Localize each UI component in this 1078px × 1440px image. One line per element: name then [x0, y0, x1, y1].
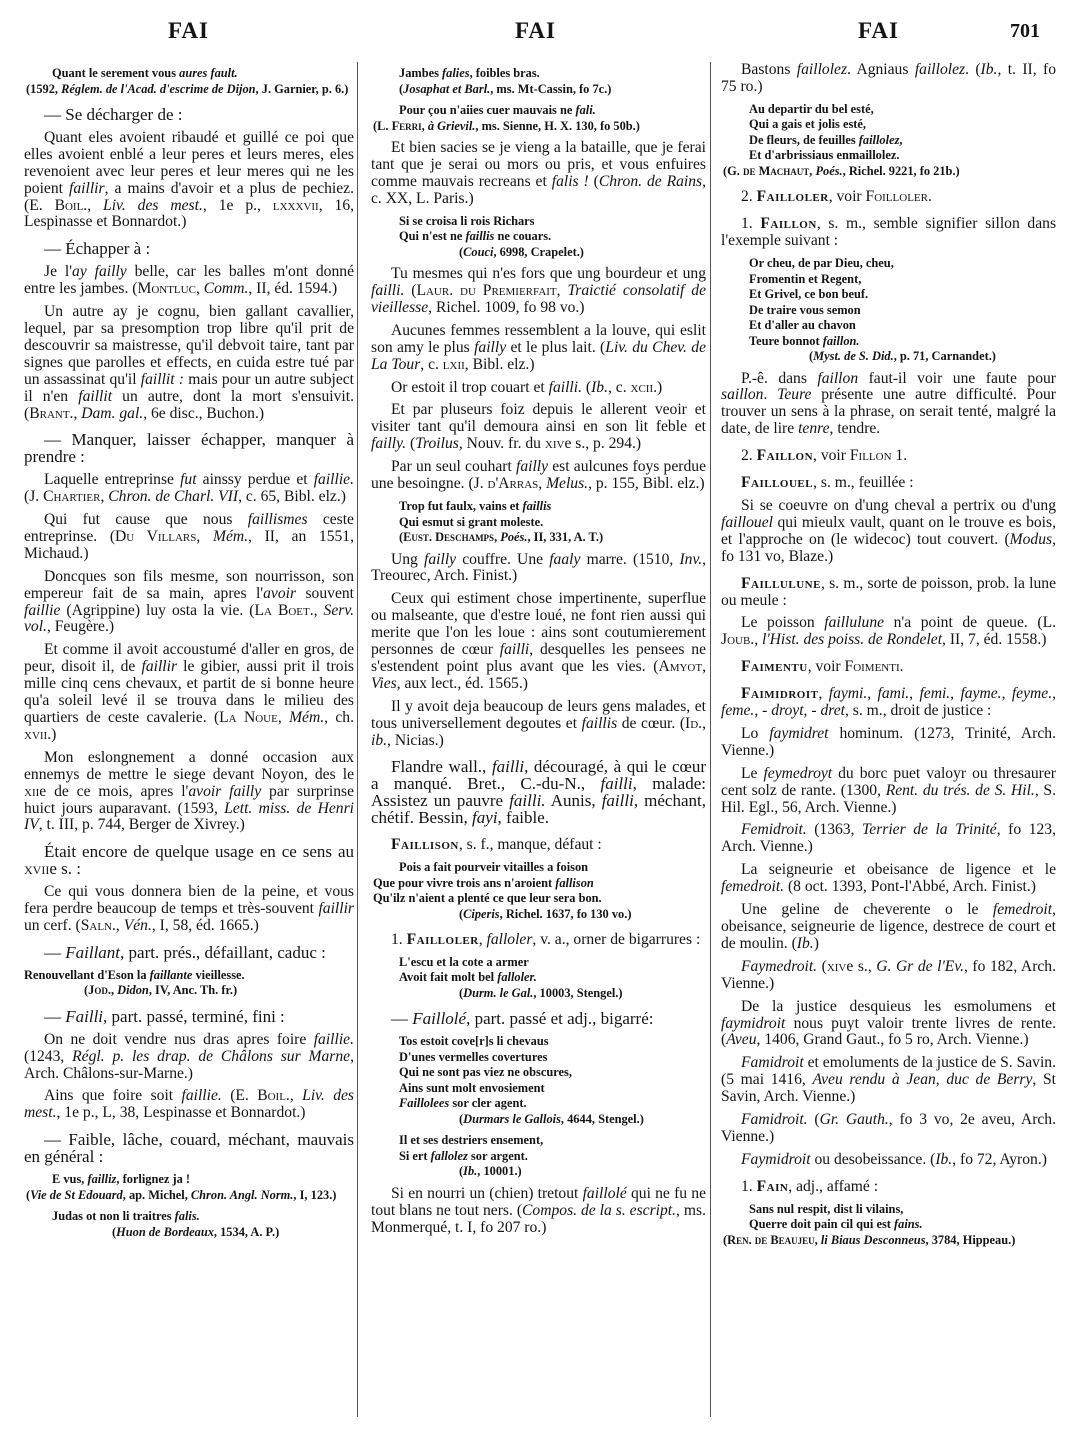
text-run: Il et ses destriers ensement, — [399, 1133, 543, 1147]
italic-text: Dam. gal. — [81, 405, 143, 422]
text-run: , — [557, 282, 568, 299]
quotation-line: De traire vous semon — [749, 303, 1056, 319]
text-run: Brant. — [29, 405, 73, 422]
italic-text: faillit : — [141, 371, 184, 388]
headword: Faillon — [760, 215, 816, 232]
citation-source: (Couci, 6998, Crapelet.) — [399, 245, 706, 261]
text-run: e de ce mois, apres l' — [39, 783, 188, 800]
sense-definition: — Manquer, laisser échapper, manquer à p… — [24, 432, 354, 466]
example-paragraph: P.-ê. dans faillon faut-il voir une faut… — [721, 371, 1056, 439]
dictionary-entry: 1. Failloler, falloler, v. a., orner de … — [371, 932, 706, 949]
dictionary-column-1: Quant le serement vous aures fault.(1592… — [24, 62, 354, 1246]
text-run: Ains sunt molt envosiement — [399, 1081, 545, 1095]
text-run: ou desobeissance. ( — [811, 1151, 936, 1168]
text-run: (1363, — [807, 821, 862, 838]
text-run: , 1534, A. P.) — [214, 1225, 279, 1239]
example-paragraph: Par un seul couhart failly est aulcunes … — [371, 459, 706, 493]
italic-text: Femidroit. — [741, 821, 807, 838]
example-paragraph: Faymidroit ou desobeissance. (Ib., fo 72… — [721, 1152, 1056, 1169]
italic-text: avoir failly — [188, 783, 261, 800]
example-paragraph: Et par pluseurs foiz depuis le allerent … — [371, 402, 706, 453]
quotation-line: Si se croisa li rois Richars — [399, 214, 706, 230]
italic-text: Josaphat et Barl. — [403, 82, 490, 96]
italic-text: faillie. — [314, 471, 354, 488]
italic-text: failly — [474, 339, 506, 356]
quotation-line: Judas ot non li traitres falis. — [52, 1209, 354, 1225]
example-paragraph: Famidroit et emoluments de la justice de… — [721, 1055, 1056, 1106]
text-run: , p. 71, Carnandet.) — [894, 349, 996, 363]
running-head-left: FAI — [168, 18, 209, 44]
quotation-line: D'unes vermelles covertures — [399, 1050, 706, 1066]
italic-text: Terrier de la Trinité — [862, 821, 997, 838]
text-run: — Se décharger de : — [44, 105, 182, 124]
italic-text: Chron. de Charl. VII — [108, 488, 238, 505]
text-run: , — [278, 709, 289, 726]
text-run: lxii — [443, 356, 465, 373]
text-run: marre. (1510, — [580, 551, 679, 568]
text-run: , — [314, 602, 324, 619]
text-run: , Bibl. elz.) — [465, 356, 535, 373]
text-run: La Noue — [219, 709, 278, 726]
example-paragraph: Qui fut cause que nous faillismes ceste … — [24, 512, 354, 563]
italic-text: Faymedroit. — [741, 958, 817, 975]
example-paragraph: Mon eslongnement a donné occasion aux en… — [24, 750, 354, 835]
text-run: , — [538, 475, 546, 492]
running-head-center: FAI — [515, 18, 556, 44]
quotation-line: Et d'aller au chavon — [749, 318, 1056, 334]
text-run: , II, 331, A. T.) — [527, 530, 603, 544]
citation-source: Qu'ilz n'aient a plenté ce que leur sera… — [373, 891, 706, 907]
text-run: (1243, — [24, 1048, 72, 1065]
text-run: La seigneurie et obeisance de ligence et… — [741, 861, 1056, 878]
example-paragraph: De la justice desquieus les esmolumens e… — [721, 999, 1056, 1050]
text-run: souvent — [296, 585, 354, 602]
italic-text: falloler. — [497, 970, 537, 984]
italic-text: falis. — [175, 1209, 200, 1223]
text-run: La Boet. — [254, 602, 313, 619]
headword: Faillon — [757, 447, 813, 464]
example-paragraph: Lo faymidret hominum. (1273, Trinité, Ar… — [721, 726, 1056, 760]
quotation-line: Teure bonnot faillon. — [749, 334, 1056, 350]
text-run: Boil. — [257, 1087, 290, 1104]
italic-text: Aveu rendu à Jean, duc de Berry — [812, 1071, 1032, 1088]
quotation-line: Querre doit pain cil qui est fains. — [749, 1217, 1056, 1233]
page-number: 701 — [1010, 20, 1040, 43]
quotation-line: Pois a fait pourveir vitailles a foison — [399, 860, 706, 876]
text-run: , s. m., droit de justice : — [845, 702, 991, 719]
text-run: Je l' — [44, 263, 72, 280]
quotation-line: Sans nul respit, dist li vilains, — [749, 1202, 1056, 1218]
text-run: e p., — [227, 197, 273, 214]
text-run: Chartier — [43, 488, 100, 505]
text-run: , v. a., orner de bigarrures : — [532, 931, 700, 948]
italic-text: Mém. — [289, 709, 324, 726]
example-paragraph: Un autre ay je cognu, bien gallant caval… — [24, 304, 354, 422]
text-run: 1. — [741, 1178, 757, 1195]
text-run: xcii. — [631, 379, 658, 396]
text-run: Or estoit il trop couart et — [391, 379, 549, 396]
italic-text: faillir — [69, 180, 105, 197]
text-run: de cœur. ( — [617, 715, 685, 732]
text-run: Si se coeuvre on d'ung cheval a pertrix … — [741, 497, 1056, 514]
quotation: L'escu et la cote a armerAvoit fait molt… — [399, 955, 706, 1002]
text-run: Ferri — [392, 119, 422, 133]
text-run: , — [754, 631, 762, 648]
italic-text: faillis — [522, 499, 551, 513]
italic-text: Liv. des mest. — [103, 197, 203, 214]
text-run: ( — [582, 379, 591, 396]
italic-text: Huon de Bordeaux — [116, 1225, 214, 1239]
citation-source: (Durm. le Gal., 10003, Stengel.) — [399, 986, 706, 1002]
text-run: Et par pluseurs foiz depuis le allerent … — [371, 401, 706, 435]
italic-text: Poés. — [815, 164, 842, 178]
text-run: , Nouv. fr. du — [459, 435, 545, 452]
quotation-line: Trop fut faulx, vains et faillis — [399, 499, 706, 515]
quotation-line: Or cheu, de par Dieu, cheu, — [749, 256, 1056, 272]
text-run: Fromentin et Regent, — [749, 272, 861, 286]
example-paragraph: Si se coeuvre on d'ung cheval a pertrix … — [721, 498, 1056, 566]
text-run: ainssy perdue et — [197, 471, 314, 488]
text-run: Foilloler. — [866, 188, 932, 205]
italic-text: femedroit — [993, 901, 1052, 918]
italic-text: G. Gr de l'Ev. — [876, 958, 964, 975]
italic-text: faillis — [582, 715, 618, 732]
text-run: e s., — [846, 958, 876, 975]
text-run: , — [479, 931, 487, 948]
text-run: Sans nul respit, dist li vilains, — [749, 1202, 903, 1216]
citation-source: (Ren. de Beaujeu, li Biaus Desconneus, 3… — [723, 1233, 1056, 1249]
text-run: e s. : — [49, 859, 81, 878]
example-paragraph: Quant eles avoient ribaudé et guillé ce … — [24, 130, 354, 231]
text-run: Eust. Deschamps — [403, 530, 494, 544]
text-run: , Richel. 1009, fo 98 vo.) — [428, 299, 584, 316]
quotation: Au departir du bel esté,Qui a gais et jo… — [749, 102, 1056, 180]
sense-definition: Flandre wall., failli, découragé, à qui … — [371, 759, 706, 827]
italic-text: Chron. de Rains — [599, 173, 702, 190]
example-paragraph: La seigneurie et obeisance de ligence et… — [721, 862, 1056, 896]
example-paragraph: Or estoit il trop couart et failli. (Ib.… — [371, 380, 706, 397]
headword: Faimidroit — [741, 685, 818, 702]
citation-source: (1592, Réglem. de l'Acad. d'escrime de D… — [26, 82, 354, 98]
text-run: ) — [657, 379, 662, 396]
text-run: , II, éd. 1594.) — [248, 280, 337, 297]
italic-text: fut — [180, 471, 196, 488]
text-run: (L. — [373, 119, 392, 133]
text-run: , tendre. — [830, 420, 881, 437]
italic-text: faillismes — [248, 511, 308, 528]
example-paragraph: Aucunes femmes ressemblent a la louve, q… — [371, 323, 706, 374]
italic-text: l'Hist. des poiss. de Rondelet — [762, 631, 942, 648]
text-run: Quant le serement vous — [52, 66, 179, 80]
italic-text: Aveu — [726, 1031, 756, 1048]
text-run: couffre. Une — [456, 551, 549, 568]
text-run: Et Grivel, ce bon beuf. — [749, 287, 868, 301]
example-paragraph: Si en nourri un (chien) tretout faillolé… — [371, 1186, 706, 1237]
quotation-line: Si ert fallolez sor argent. — [399, 1149, 706, 1165]
text-run: — Faible, lâche, couard, méchant, mauvai… — [24, 1130, 354, 1166]
citation-source: (L. Ferri, à Grievil., ms. Sienne, H. X.… — [373, 119, 706, 135]
text-run: De fleurs, de feuilles — [749, 133, 859, 147]
text-run: (Agrippine) luy osta la vie. ( — [60, 602, 254, 619]
italic-text: fali. — [575, 103, 595, 117]
quotation-line: L'escu et la cote a armer — [399, 955, 706, 971]
italic-text: ib. — [371, 732, 387, 749]
italic-text: faillante — [150, 968, 193, 982]
text-run: ( — [808, 1111, 820, 1128]
dictionary-column-2: Jambes falies, foibles bras.(Josaphat et… — [371, 62, 706, 1243]
text-run: , 6e disc., Buchon.) — [143, 405, 264, 422]
text-run: et le plus lait. ( — [506, 339, 605, 356]
text-run: , s. m., feuillée : — [813, 474, 913, 491]
text-run: , Richel. 9221, fo 21b.) — [843, 164, 960, 178]
text-run: ( — [589, 173, 599, 190]
text-run: , s. f., manque, défaut : — [459, 836, 602, 853]
italic-text: Famidroit — [741, 1054, 804, 1071]
italic-text: Melus. — [546, 475, 588, 492]
quotation: Sans nul respit, dist li vilains,Querre … — [749, 1202, 1056, 1249]
quotation: Pour çou n'aiies cuer mauvais ne fali.(L… — [399, 103, 706, 134]
quotation-line: (Josaphat et Barl., ms. Mt-Cassin, fo 7c… — [399, 82, 706, 98]
text-run: , forlignez ja ! — [116, 1172, 190, 1186]
italic-text: falies — [442, 66, 470, 80]
text-run: Joub. — [721, 631, 754, 648]
headword: Failloler — [757, 188, 829, 205]
italic-text: Gr. Gauth. — [820, 1111, 889, 1128]
text-run: 1. — [741, 215, 760, 232]
italic-text: Vie de St Edouard — [30, 1188, 123, 1202]
italic-text: faillolez — [915, 61, 965, 78]
text-run: Si ert — [399, 1149, 431, 1163]
text-run: xii — [24, 783, 39, 800]
text-run: Fillon — [850, 447, 892, 464]
italic-text: Régl. p. les drap. de Châlons sur Marne — [72, 1048, 350, 1065]
text-run: vieillesse. — [192, 968, 244, 982]
quotation-line: Qui a gais et jolis esté, — [749, 117, 1056, 133]
quotation-line: Et Grivel, ce bon beuf. — [749, 287, 1056, 303]
citation-source: (Ciperis, Richel. 1637, fo 130 vo.) — [399, 907, 706, 923]
text-run: , J. Garnier, p. 6.) — [256, 82, 349, 96]
italic-text: failly. — [371, 435, 406, 452]
text-run: de Machaut — [743, 164, 809, 178]
italic-text: faaly — [549, 551, 580, 568]
text-run: Laquelle entreprinse — [44, 471, 180, 488]
quotation-line: Au departir du bel esté, — [749, 102, 1056, 118]
italic-text: Didon — [117, 983, 149, 997]
text-run: , 1 — [203, 197, 227, 214]
italic-text: faillir — [318, 900, 354, 917]
italic-text: Teure — [777, 386, 811, 403]
text-run: Qui a gais et jolis esté, — [749, 117, 866, 131]
text-run: faut-il voir une faute pour — [858, 370, 1056, 387]
text-run: e s., p. 294.) — [564, 435, 641, 452]
example-paragraph: Doncques son fils mesme, son nourrisson,… — [24, 569, 354, 637]
citation-source: (Jod., Didon, IV, Anc. Th. fr.) — [24, 983, 354, 999]
text-run: On ne doit vendre nus dras apres foire — [44, 1031, 314, 1048]
text-run: , II, 7, éd. 1558.) — [942, 631, 1046, 648]
italic-text: Vén. — [124, 917, 152, 934]
citation-source: (G. de Machaut, Poés., Richel. 9221, fo … — [723, 164, 1056, 180]
italic-text: faillolez — [859, 133, 900, 147]
text-run: Qu'ilz n'aient a plenté ce que leur sera… — [373, 891, 602, 905]
text-run: Pois a fait pourveir vitailles a foison — [399, 860, 588, 874]
italic-text: Modus — [1010, 531, 1052, 548]
text-run: xvii. — [24, 726, 51, 743]
quotation-line: Tos estoit cove[r]s li chevaus — [399, 1034, 706, 1050]
text-run: , — [116, 917, 124, 934]
text-run: Trop fut faulx, vains et — [399, 499, 522, 513]
italic-text: Faillolé — [412, 1009, 466, 1028]
text-run: Qui esmut si grant moleste. — [399, 515, 543, 529]
text-run: , p. 155, Bibl. elz.) — [588, 475, 705, 492]
quotation: Trop fut faulx, vains et faillisQui esmu… — [399, 499, 706, 546]
quotation: Renouvellant d'Eson la faillante vieille… — [24, 968, 354, 999]
text-run: xvii — [24, 859, 49, 878]
headword: Faimentu — [741, 658, 808, 675]
text-run: d'Arras — [488, 475, 539, 492]
text-run: ( — [404, 282, 416, 299]
text-run: , — [818, 685, 828, 702]
sense-definition: — Faible, lâche, couard, méchant, mauvai… — [24, 1132, 354, 1166]
quotation-line: Et d'arbrissiaus enmaillolez. — [749, 148, 1056, 164]
text-run: , 10001.) — [477, 1164, 521, 1178]
text-run: Aunis, — [546, 791, 602, 810]
text-run: , 1e p., L, 38, Lespinasse et Bonnardot.… — [56, 1104, 305, 1121]
italic-text: Ib. — [591, 379, 608, 396]
quotation: Judas ot non li traitres falis.(Huon de … — [52, 1209, 354, 1240]
dictionary-entry: 1. Faillon, s. m., semble signifier sill… — [721, 216, 1056, 250]
text-run: , c. — [420, 356, 443, 373]
text-run: , 3784, Hippeau.) — [926, 1233, 1016, 1247]
text-run: , I, 123.) — [293, 1188, 336, 1202]
text-run: Boil. — [55, 197, 88, 214]
text-run: De traire vous semon — [749, 303, 861, 317]
italic-text: saillon — [721, 386, 763, 403]
italic-text: faillit — [78, 388, 112, 405]
text-run: . Agniaus — [847, 61, 915, 78]
italic-text: falis ! — [552, 173, 589, 190]
text-run: , part. passé, terminé, fini : — [103, 1007, 285, 1026]
example-paragraph: On ne doit vendre nus dras apres foire f… — [24, 1032, 354, 1083]
text-run: , part. passé et adj., bigarré: — [466, 1009, 653, 1028]
text-run: , Richel. 1637, fo 130 vo.) — [500, 907, 632, 921]
column-divider — [710, 62, 711, 1417]
italic-text: faymidroit — [721, 1015, 785, 1032]
italic-text: Troilus — [415, 435, 459, 452]
text-run: Avoit fait molt bel — [399, 970, 497, 984]
italic-text: faillie — [24, 602, 60, 619]
citation-source: (Ib., 10001.) — [399, 1164, 706, 1180]
text-run: Que pour vivre trois ans n'aroient — [373, 876, 555, 890]
sense-definition: Était encore de quelque usage en ce sens… — [24, 844, 354, 878]
text-run: , c. — [608, 379, 631, 396]
text-run: Or cheu, de par Dieu, cheu, — [749, 256, 894, 270]
italic-text: Ib. — [463, 1164, 477, 1178]
italic-text: avoir — [263, 585, 296, 602]
text-run: — — [391, 1009, 412, 1028]
example-paragraph: Ains que foire soit faillie. (E. Boil., … — [24, 1088, 354, 1122]
text-run: xiv — [827, 958, 847, 975]
italic-text: Couci — [463, 245, 493, 259]
example-paragraph: Tu mesmes qui n'es fors que ung bourdeur… — [371, 266, 706, 317]
text-run: Si en nourri un (chien) tretout — [391, 1185, 583, 1202]
text-run: Et d'aller au chavon — [749, 318, 856, 332]
text-run: — Échapper à : — [44, 239, 150, 258]
quotation-line: E vus, failliz, forlignez ja ! — [52, 1172, 354, 1188]
italic-text: Mém. — [213, 528, 248, 545]
quotation: Pois a fait pourveir vitailles a foisonQ… — [399, 860, 706, 922]
italic-text: failli. — [371, 282, 404, 299]
dictionary-entry: 2. Faillon, voir Fillon 1. — [721, 448, 1056, 465]
quotation: Jambes falies, foibles bras.(Josaphat et… — [399, 66, 706, 97]
quotation-line: Ains sunt molt envosiement — [399, 1081, 706, 1097]
quotation: Si se croisa li rois RicharsQui n'est ne… — [399, 214, 706, 261]
quotation: Quant le serement vous aures fault.(1592… — [52, 66, 354, 97]
text-run: , — [196, 528, 213, 545]
text-run: Qui fut cause que nous — [44, 511, 248, 528]
text-run: Ce qui vous donnera bien de la peine, et… — [24, 883, 354, 917]
italic-text: faymidret — [769, 725, 828, 742]
quotation-line: De fleurs, de feuilles faillolez, — [749, 133, 1056, 149]
text-run: Saln. — [81, 917, 116, 934]
text-run: (G. — [723, 164, 743, 178]
italic-text: failly — [424, 551, 456, 568]
text-run: Renouvellant d'Eson la — [24, 968, 150, 982]
text-run: Le poisson — [741, 614, 824, 631]
italic-text: Compos. de la s. escript. — [522, 1202, 676, 1219]
text-run: Au departir du bel esté, — [749, 102, 874, 116]
text-run: L'escu et la cote a armer — [399, 955, 529, 969]
text-run: 1. — [892, 447, 908, 464]
text-run: Ains que foire soit — [44, 1087, 182, 1104]
text-run: Montluc — [137, 280, 195, 297]
quotation: Il et ses destriers ensement,Si ert fall… — [399, 1133, 706, 1180]
italic-text: Faillant — [65, 943, 120, 962]
text-run: sor cler agent. — [449, 1096, 526, 1110]
dictionary-entry: 1. Fain, adj., affamé : — [721, 1179, 1056, 1196]
citation-source: (Huon de Bordeaux, 1534, A. P.) — [52, 1225, 354, 1241]
text-run: — — [44, 1007, 65, 1026]
text-run: , 10003, Stengel.) — [533, 986, 622, 1000]
quotation: Or cheu, de par Dieu, cheu,Fromentin et … — [749, 256, 1056, 365]
text-run: Jod. — [88, 983, 111, 997]
running-head-right: FAI — [858, 18, 899, 44]
text-run: 1. — [391, 931, 407, 948]
citation-source: (Durmars le Gallois, 4644, Stengel.) — [399, 1112, 706, 1128]
column-divider — [357, 62, 358, 1417]
italic-text: falloler — [487, 931, 533, 948]
text-run: (8 oct. 1393, Pont-l'Abbé, Arch. Finist.… — [784, 878, 1036, 895]
citation-source: (Vie de St Edouard, ap. Michel, Chron. A… — [26, 1188, 354, 1204]
text-run: Était encore de quelque usage en ce sens… — [44, 842, 354, 861]
dictionary-column-3: Bastons faillolez. Agniaus faillolez. (I… — [721, 62, 1056, 1254]
headword: Faillouel — [741, 474, 813, 491]
text-run: Foimenti. — [845, 658, 904, 675]
text-run: Tu mesmes qui n'es fors que ung bourdeur… — [391, 265, 706, 282]
text-run: , voir — [829, 188, 866, 205]
text-run: Jambes — [399, 66, 442, 80]
quotation-line: (Eust. Deschamps, Poés., II, 331, A. T.) — [399, 530, 706, 546]
italic-text: failly — [516, 458, 548, 475]
text-run: Ren. de Beaujeu — [727, 1233, 815, 1247]
text-run: Par un seul couhart — [391, 458, 516, 475]
quotation-line: Qui esmut si grant moleste. — [399, 515, 706, 531]
text-run: , — [87, 197, 103, 214]
dictionary-entry: Faillulune, s. m., sorte de poisson, pro… — [721, 576, 1056, 610]
text-run: Qui ne sont pas viez ne obscures, — [399, 1065, 572, 1079]
text-run: Judas ot non li traitres — [52, 1209, 175, 1223]
sense-definition: — Failli, part. passé, terminé, fini : — [24, 1009, 354, 1026]
italic-text: Durm. le Gal. — [463, 986, 533, 1000]
